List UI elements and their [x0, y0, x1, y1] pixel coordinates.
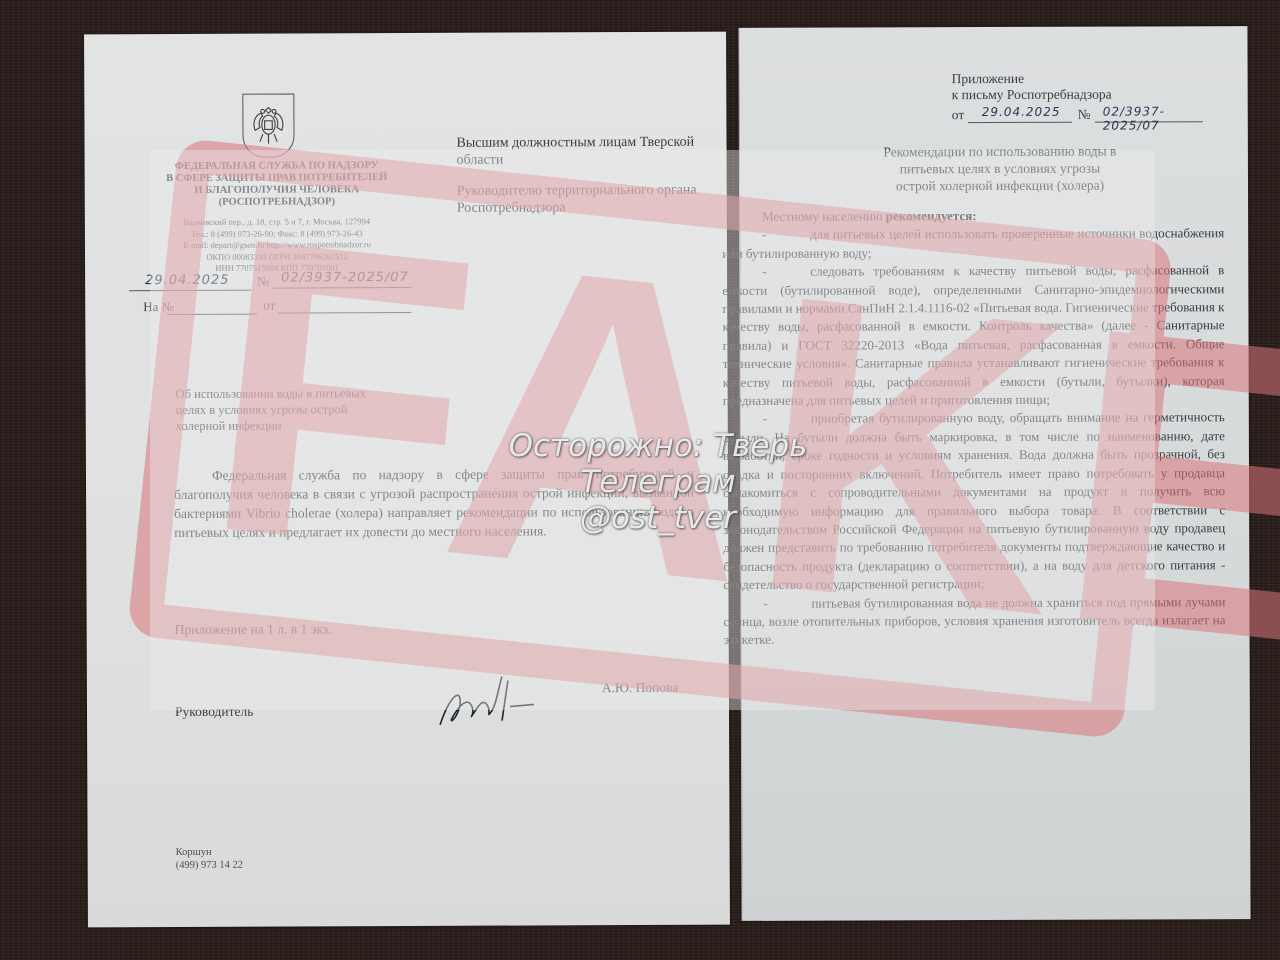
executor-phone: (499) 973 14 22 [176, 859, 243, 872]
annex-number: 02/3937-2025/07 [1103, 104, 1203, 132]
list-item: -приобретая бутилированную воду, обращат… [723, 409, 1226, 595]
signature-icon [432, 674, 542, 734]
executor-info: Коршун (499) 973 14 22 [176, 846, 243, 872]
recommendations-intro: Местному населению рекомендуется: [722, 206, 1224, 226]
reply-to-field [167, 300, 257, 315]
recommendations-title: Рекомендации по использованию воды в пит… [800, 142, 1200, 194]
signer-role: Руководитель [175, 704, 253, 720]
executor-name: Коршун [176, 846, 243, 859]
letter-date: 29.04.2025 [145, 273, 230, 288]
list-item: -питьевая бутилированная вода не должна … [723, 593, 1225, 650]
list-item: -следовать требованиям к качеству питьев… [722, 261, 1225, 410]
annex-header: Приложение к письму Роспотребнадзора [952, 70, 1212, 103]
reply-from-field [277, 298, 411, 314]
organization-name: ФЕДЕРАЛЬНАЯ СЛУЖБА ПО НАДЗОРУ В СФЕРЕ ЗА… [147, 160, 407, 209]
recommendations-body: Местному населению рекомендуется: -для п… [722, 206, 1226, 649]
letter-page: ФЕДЕРАЛЬНАЯ СЛУЖБА ПО НАДЗОРУ В СФЕРЕ ЗА… [84, 32, 730, 928]
letter-number-label: № [257, 274, 269, 290]
letter-body: Федеральная служба по надзору в сфере за… [174, 464, 694, 542]
annex-page: Приложение к письму Роспотребнадзора от … [738, 26, 1250, 921]
list-item: -для питьевых целей использовать провере… [722, 225, 1224, 264]
letter-number: 02/3937-2025/07 [281, 270, 409, 286]
annex-number-label: № [1078, 107, 1091, 123]
coat-of-arms-emblem [242, 93, 294, 157]
signer-name: А.Ю. Попова [602, 680, 678, 696]
letter-date-field: 29.04.2025 [129, 272, 251, 292]
russian-coat-of-arms-icon [249, 102, 287, 150]
annex-date-field: 29.04.2025 [968, 105, 1072, 123]
recipient-territorial-body: Руководителю территориального органа Рос… [457, 182, 697, 217]
annex-from-label: от [952, 107, 965, 123]
annex-date: 29.04.2025 [982, 105, 1061, 119]
annex-number-field: 02/3937-2025/07 [1095, 104, 1203, 122]
letter-subject: Об использовании воды в питьевых целях в… [176, 385, 396, 434]
organization-contacts: Вадковский пер., д. 18, стр. 5 и 7, г. М… [147, 216, 407, 275]
email-website: E-mail: depart@gsen.ru http://www.rospot… [147, 239, 407, 252]
attachment-note: Приложение на 1 л. в 1 экз. [175, 621, 332, 638]
recipient-officials: Высшим должностным лицам Тверской област… [456, 134, 696, 169]
letter-number-field: 02/3937-2025/07 [273, 269, 411, 289]
recipients: Высшим должностным лицам Тверской област… [456, 134, 696, 231]
address: Вадковский пер., д. 18, стр. 5 и 7, г. М… [147, 216, 407, 229]
reply-from-label: от [263, 298, 275, 314]
